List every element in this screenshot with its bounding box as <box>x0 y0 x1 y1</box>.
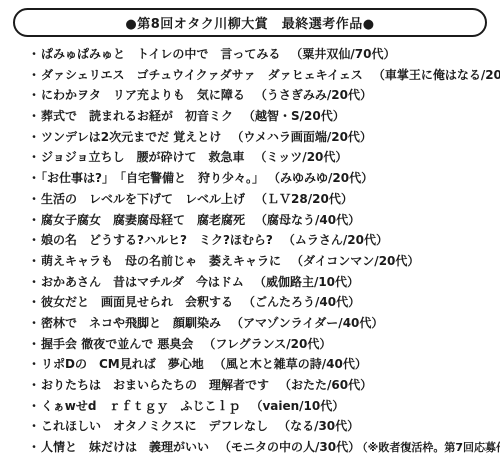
poem-row: ・葬式で 読まれるお経が 初音ミク（越智・S/20代） <box>28 106 494 127</box>
poem-author: （腐母なう/40代） <box>255 213 360 227</box>
poem-row: ・にわかヲタ リア充よりも 気に障る（うさぎみみ/20代） <box>28 85 494 106</box>
poem-author: （粟井双仙/70代） <box>290 47 395 61</box>
poem-author: （ウメハラ画面端/20代） <box>231 130 372 144</box>
poem-author: （風と木と雑草の詩/40代） <box>214 357 367 371</box>
poem-row: ・密林で ネコや飛脚と 顔馴染み（アマゾンライダー/40代） <box>28 313 494 334</box>
poem-text: にわかヲタ リア充よりも 気に障る <box>41 88 245 102</box>
poem-text: 生活の レベルを下げて レベル上げ <box>41 192 245 206</box>
poem-bullet: ・ <box>28 378 40 392</box>
poem-author: （ムラさん/20代） <box>283 233 388 247</box>
poem-bullet: ・ <box>28 419 40 433</box>
poem-bullet: ・ <box>28 337 40 351</box>
poem-row: ・彼女だと 画面見せられ 会釈する（ごんたろう/40代） <box>28 292 494 313</box>
poem-row: ・「お仕事は?」 「自宅警備と 狩り少々。」（みゆみゆ/20代） <box>28 168 494 189</box>
poem-row: ・おりたちは おまいらたちの 理解者です（おたた/60代） <box>28 375 494 396</box>
poem-author: （アマゾンライダー/40代） <box>231 316 383 330</box>
poem-bullet: ・ <box>28 254 40 268</box>
poem-text: ジョジョ立ちし 腰が砕けて 救急車 <box>41 150 245 164</box>
poem-bullet: ・ <box>28 192 40 206</box>
poem-text: リポDの CM見れば 夢心地 <box>41 357 204 371</box>
poem-bullet: ・ <box>28 275 40 289</box>
poem-bullet: ・ <box>28 109 40 123</box>
poem-text: ツンデレは2次元までだ 覚えとけ <box>41 130 221 144</box>
poem-text: おりたちは おまいらたちの 理解者です <box>41 378 269 392</box>
poem-author: （みゆみゆ/20代） <box>274 171 373 185</box>
poem-text: 葬式で 読まれるお経が 初音ミク <box>41 109 233 123</box>
page: ●第8回オタク川柳大賞 最終選考作品● ・ぱみゅぱみゅと トイレの中で 言ってみ… <box>0 0 500 457</box>
page-title: ●第8回オタク川柳大賞 最終選考作品● <box>125 13 374 32</box>
poem-row: ・ツンデレは2次元までだ 覚えとけ（ウメハラ画面端/20代） <box>28 127 494 148</box>
poem-author: （ミッツ/20代） <box>255 150 348 164</box>
poem-author: （威伽路主/10代） <box>254 275 359 289</box>
poem-bullet: ・ <box>28 171 40 185</box>
poem-note: （※敗者復活枠。第7回応募作品） <box>362 441 500 454</box>
poem-author: （ＬＶ28/20代） <box>255 192 353 206</box>
poem-row: ・くぁwせd ｒｆｔｇｙ ふじこｌｐ（vaien/10代） <box>28 396 494 417</box>
poem-text: 萌えキャラも 母の名前じゃ 萎えキャラに <box>41 254 281 268</box>
poem-bullet: ・ <box>28 68 40 82</box>
poem-author: （モニタの中の人/30代） <box>219 440 360 454</box>
poem-row: ・ダァシェリエス ゴチュウイクァダサァ ダァヒェキイェス（車掌王に俺はなる/20… <box>28 65 494 86</box>
poem-bullet: ・ <box>28 295 40 309</box>
poem-text: これほしい オタノミクスに デフレなし <box>41 419 268 433</box>
poem-row: ・ぱみゅぱみゅと トイレの中で 言ってみる（粟井双仙/70代） <box>28 44 494 65</box>
poem-bullet: ・ <box>28 357 40 371</box>
poem-bullet: ・ <box>28 233 40 247</box>
poem-text: 腐女子腐女 腐妻腐母経て 腐老腐死 <box>41 213 245 227</box>
poem-author: （おたた/60代） <box>279 378 372 392</box>
poem-text: 「お仕事は?」 「自宅警備と 狩り少々。」 <box>41 171 264 185</box>
poem-bullet: ・ <box>28 399 40 413</box>
poem-text: ぱみゅぱみゅと トイレの中で 言ってみる <box>41 47 280 61</box>
poem-bullet: ・ <box>28 88 40 102</box>
poem-bullet: ・ <box>28 316 40 330</box>
poem-author: （ごんたろう/40代） <box>243 295 360 309</box>
poem-author: （フレグランス/20代） <box>203 337 331 351</box>
poem-author: （ダイコンマン/20代） <box>291 254 419 268</box>
poem-author: （越智・S/20代） <box>243 109 345 123</box>
poem-text: 握手会 徹夜で並んで 悪臭会 <box>41 337 193 351</box>
poem-row: ・生活の レベルを下げて レベル上げ（ＬＶ28/20代） <box>28 189 494 210</box>
poem-bullet: ・ <box>28 150 40 164</box>
poem-row: ・萌えキャラも 母の名前じゃ 萎えキャラに（ダイコンマン/20代） <box>28 251 494 272</box>
poem-row: ・リポDの CM見れば 夢心地（風と木と雑草の詩/40代） <box>28 354 494 375</box>
poem-row: ・これほしい オタノミクスに デフレなし（なる/30代） <box>28 416 494 437</box>
poem-row: ・腐女子腐女 腐妻腐母経て 腐老腐死（腐母なう/40代） <box>28 210 494 231</box>
poem-text: くぁwせd ｒｆｔｇｙ ふじこｌｐ <box>41 399 240 413</box>
poem-author: （vaien/10代） <box>250 399 344 413</box>
title-box: ●第8回オタク川柳大賞 最終選考作品● <box>13 8 487 37</box>
poem-row: ・人情と 妹だけは 義理がいい（モニタの中の人/30代）（※敗者復活枠。第7回応… <box>28 437 494 457</box>
poem-text: 密林で ネコや飛脚と 顔馴染み <box>41 316 221 330</box>
poem-bullet: ・ <box>28 130 40 144</box>
poem-author: （車掌王に俺はなる/20代） <box>373 68 500 82</box>
poem-row: ・握手会 徹夜で並んで 悪臭会（フレグランス/20代） <box>28 334 494 355</box>
poem-text: ダァシェリエス ゴチュウイクァダサァ ダァヒェキイェス <box>41 68 363 82</box>
poem-bullet: ・ <box>28 440 40 454</box>
poem-author: （うさぎみみ/20代） <box>255 88 372 102</box>
poem-text: 彼女だと 画面見せられ 会釈する <box>41 295 233 309</box>
poem-bullet: ・ <box>28 47 40 61</box>
poem-row: ・娘の名 どうする?ハルヒ? ミク?ほむら?（ムラさん/20代） <box>28 230 494 251</box>
poem-text: 人情と 妹だけは 義理がいい <box>41 440 209 454</box>
poem-row: ・ジョジョ立ちし 腰が砕けて 救急車（ミッツ/20代） <box>28 147 494 168</box>
poem-author: （なる/30代） <box>278 419 359 433</box>
poem-text: おかあさん 昔はマチルダ 今はドム <box>41 275 244 289</box>
poem-row: ・おかあさん 昔はマチルダ 今はドム（威伽路主/10代） <box>28 272 494 293</box>
poem-list: ・ぱみゅぱみゅと トイレの中で 言ってみる（粟井双仙/70代） ・ダァシェリエス… <box>0 44 500 457</box>
poem-bullet: ・ <box>28 213 40 227</box>
poem-text: 娘の名 どうする?ハルヒ? ミク?ほむら? <box>41 233 273 247</box>
